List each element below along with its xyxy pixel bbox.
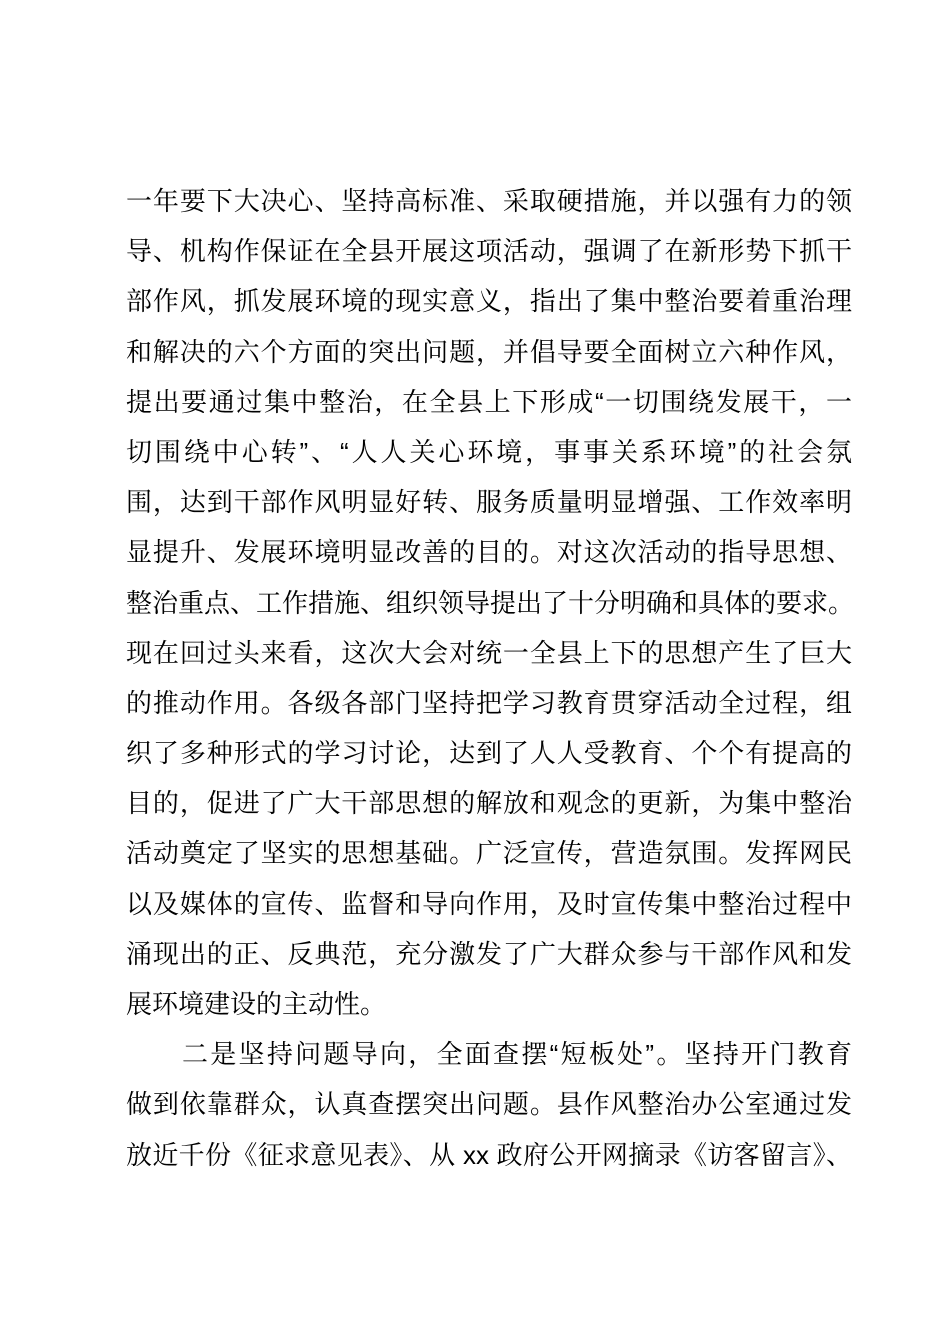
- text-line: 一年要下大决心、坚持高标准、采取硬措施，并以强有力的领: [126, 176, 852, 226]
- document-body: 一年要下大决心、坚持高标准、采取硬措施，并以强有力的领 导、机构作保证在全县开展…: [126, 176, 852, 1180]
- text-line: 围，达到干部作风明显好转、服务质量明显增强、工作效率明: [126, 477, 852, 527]
- text-line: 整治重点、工作措施、组织领导提出了十分明确和具体的要求。: [126, 578, 852, 628]
- text-line: 二是坚持问题导向，全面查摆“短板处”。坚持开门教育: [126, 1029, 852, 1079]
- text-line: 涌现出的正、反典范，充分激发了广大群众参与干部作风和发: [126, 929, 852, 979]
- text-line: 切围绕中心转”、“人人关心环境，事事关系环境”的社会氛: [126, 427, 852, 477]
- text-line: 的推动作用。各级各部门坚持把学习教育贯穿活动全过程，组: [126, 678, 852, 728]
- text-line: 放近千份《征求意见表》、从 xx 政府公开网摘录《访客留言》、: [126, 1130, 852, 1180]
- paragraph-2: 二是坚持问题导向，全面查摆“短板处”。坚持开门教育 做到依靠群众，认真查摆突出问…: [126, 1029, 852, 1180]
- paragraph-1: 一年要下大决心、坚持高标准、采取硬措施，并以强有力的领 导、机构作保证在全县开展…: [126, 176, 852, 1029]
- text-line: 显提升、发展环境明显改善的目的。对这次活动的指导思想、: [126, 527, 852, 577]
- text-line: 展环境建设的主动性。: [126, 979, 852, 1029]
- text-line: 提出要通过集中整治，在全县上下形成“一切围绕发展干，一: [126, 377, 852, 427]
- text-line: 织了多种形式的学习讨论，达到了人人受教育、个个有提高的: [126, 728, 852, 778]
- text-line: 做到依靠群众，认真查摆突出问题。县作风整治办公室通过发: [126, 1079, 852, 1129]
- text-line: 导、机构作保证在全县开展这项活动，强调了在新形势下抓干: [126, 226, 852, 276]
- text-line: 以及媒体的宣传、监督和导向作用，及时宣传集中整治过程中: [126, 879, 852, 929]
- document-page: 一年要下大决心、坚持高标准、采取硬措施，并以强有力的领 导、机构作保证在全县开展…: [0, 0, 950, 1344]
- text-line: 和解决的六个方面的突出问题，并倡导要全面树立六种作风，: [126, 327, 852, 377]
- text-line: 活动奠定了坚实的思想基础。广泛宣传，营造氛围。发挥网民: [126, 828, 852, 878]
- text-line: 现在回过头来看，这次大会对统一全县上下的思想产生了巨大: [126, 628, 852, 678]
- text-line: 部作风，抓发展环境的现实意义，指出了集中整治要着重治理: [126, 276, 852, 326]
- text-line: 目的，促进了广大干部思想的解放和观念的更新，为集中整治: [126, 778, 852, 828]
